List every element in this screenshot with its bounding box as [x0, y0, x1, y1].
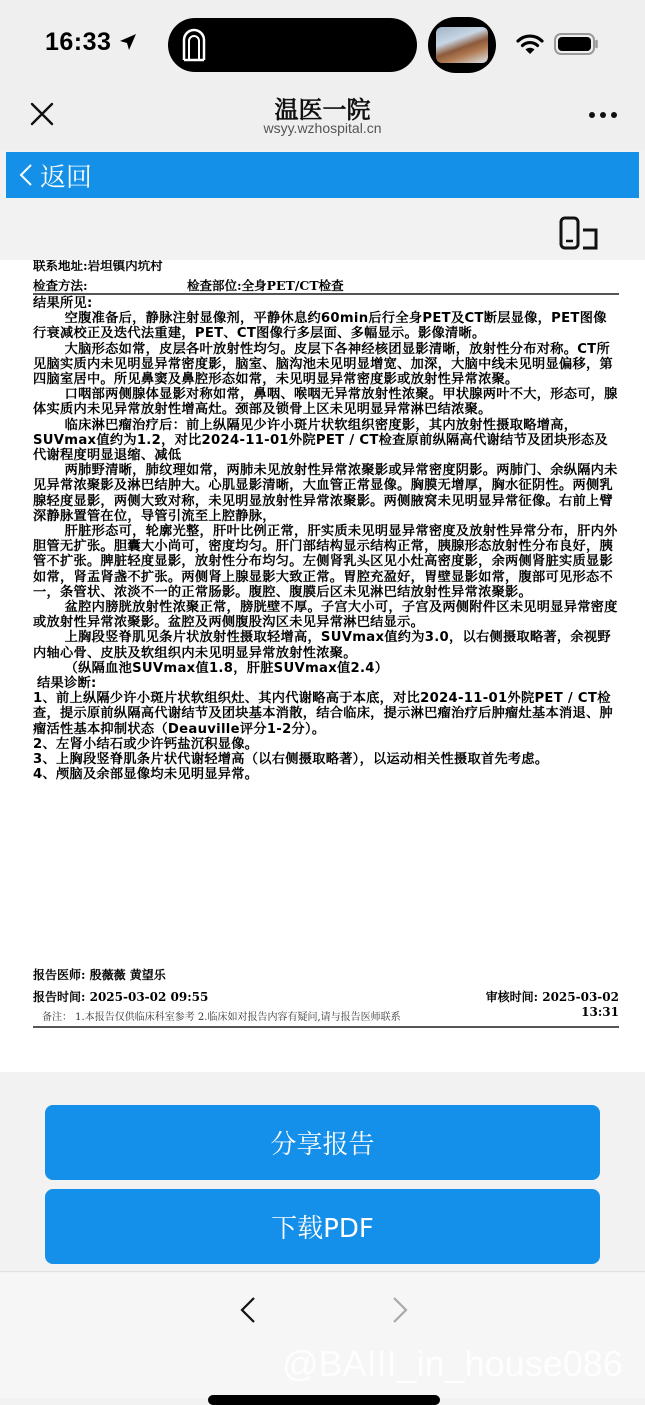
back-label: 返回: [40, 157, 92, 194]
chevron-left-icon: [18, 163, 34, 187]
battery-icon: [554, 33, 600, 55]
diagnosis-item: 1、前上纵隔少许小斑片状软组织灶、其内代谢略高于本底，对比2024-11-01外…: [33, 691, 618, 737]
media-activity-bubble[interactable]: [428, 17, 496, 73]
diagnosis-item: 4、颅脑及余部显像均未见明显异常。: [33, 767, 618, 782]
rotate-screen-icon[interactable]: [559, 216, 601, 250]
chevron-left-icon[interactable]: [238, 1295, 258, 1325]
diagnosis-item: 2、左肾小结石或少许钙盐沉积显像。: [33, 737, 618, 752]
chevron-right-icon[interactable]: [390, 1295, 410, 1325]
finding-paragraph: （纵隔血池SUVmax值1.8，肝脏SUVmax值2.4）: [33, 661, 618, 676]
browser-nav-header: 温医一院 wsyy.wzhospital.cn: [0, 88, 645, 150]
finding-paragraph: 临床淋巴瘤治疗后：前上纵隔见少许小斑片状软组织密度影，其内放射性摄取略增高，SU…: [33, 418, 618, 464]
app-header-bar: 返回: [6, 152, 639, 198]
report-body: 结果所见: 空腹准备后，静脉注射显像剂，平静休息约60min后行全身PET及CT…: [33, 296, 618, 783]
finding-paragraph: 空腹准备后，静脉注射显像剂，平静休息约60min后行全身PET及CT断层显像，P…: [33, 311, 618, 341]
dynamic-island-app-icon: [180, 28, 208, 62]
action-panel: 分享报告 下载PDF: [0, 1072, 645, 1272]
finding-paragraph: 上胸段竖脊肌见条片状放射性摄取轻增高，SUVmax值约为3.0，以右侧摄取略著，…: [33, 630, 618, 660]
divider: [33, 1026, 619, 1028]
status-bar: 16:33: [0, 0, 645, 88]
findings-title: 结果所见:: [33, 296, 618, 311]
report-note: 备注： 1.本报告仅供临床科室参考 2.临床如对报告内容有疑问,请与报告医师联系: [42, 1008, 628, 1023]
media-thumbnail: [436, 27, 488, 63]
finding-paragraph: 口咽部两侧腺体显影对称如常，鼻咽、喉咽无异常放射性浓聚。甲状腺两叶不大，形态可，…: [33, 387, 618, 417]
address-line: 联系地址:岩坦镇内坑村: [33, 260, 619, 274]
divider: [33, 293, 619, 295]
more-icon[interactable]: [588, 110, 618, 120]
wifi-icon: [516, 33, 544, 55]
finding-paragraph: 大脑形态如常，皮层各叶放射性均匀。皮层下各神经核团显影清晰，放射性分布对称。CT…: [33, 342, 618, 388]
back-button[interactable]: 返回: [18, 158, 92, 192]
watermark: @BAIII_in_house086: [282, 1343, 623, 1385]
rotate-toolbar: [0, 200, 645, 260]
browser-toolbar: @BAIII_in_house086: [0, 1273, 645, 1398]
finding-paragraph: 盆腔内膀胱放射性浓聚正常，膀胱壁不厚。子宫大小可，子宫及两侧附件区未见明显异常密…: [33, 600, 618, 630]
download-pdf-button[interactable]: 下载PDF: [45, 1189, 600, 1264]
report-doctor: 报告医师: 殷薇薇 黄望乐: [33, 966, 619, 983]
diagnosis-title: 结果诊断:: [33, 676, 618, 691]
location-arrow-icon: [118, 32, 138, 52]
diagnosis-item: 3、上胸段竖脊肌条片状代谢轻增高（以右侧摄取略著），以运动相关性摄取首先考虑。: [33, 752, 618, 767]
finding-paragraph: 两肺野清晰，肺纹理如常，两肺未见放射性异常浓聚影或异常密度阴影。两肺门、余纵隔内…: [33, 463, 618, 524]
page-url: wsyy.wzhospital.cn: [0, 120, 645, 136]
report-document: 联系地址:岩坦镇内坑村 检查方法: 检查部位:全身PET/CT检查 结果所见: …: [0, 260, 645, 1072]
share-report-button[interactable]: 分享报告: [45, 1105, 600, 1180]
status-time: 16:33: [45, 28, 111, 57]
finding-paragraph: 肝脏形态可，轮廓光整，肝叶比例正常，肝实质未见明显异常密度及放射性异常分布，肝内…: [33, 524, 618, 600]
exam-site: 检查部位:全身PET/CT检查: [187, 276, 587, 294]
